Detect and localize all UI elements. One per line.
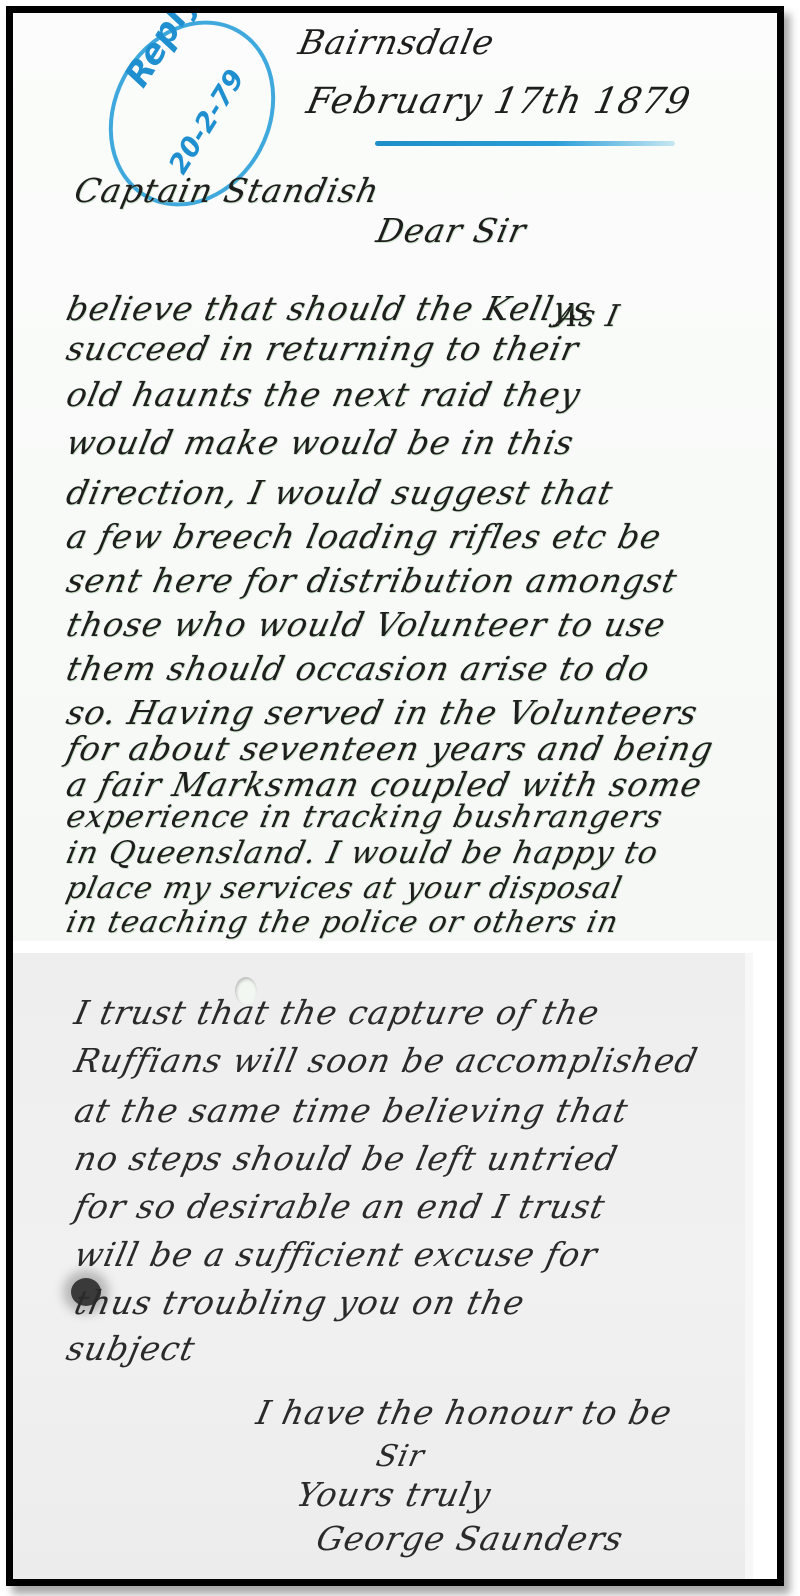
letter-salutation: Dear Sir	[373, 211, 530, 250]
body-line: experience in tracking bushrangers	[63, 799, 666, 835]
body-line: I trust that the capture of the	[71, 993, 603, 1032]
body-line: subject	[63, 1329, 199, 1368]
body-line: direction, I would suggest that	[63, 473, 617, 512]
body-line: them should occasion arise to do	[63, 649, 654, 688]
body-line: sent here for distribution amongst	[63, 561, 681, 600]
body-line: those who would Volunteer to use	[63, 605, 670, 644]
blue-underline	[375, 141, 675, 146]
letter-page-1: Reply 20-2-79 Bairnsdale February 17th 1…	[13, 13, 777, 941]
body-line: Ruffians will soon be accomplished	[71, 1041, 702, 1080]
letter-addressee: Captain Standish	[71, 171, 383, 210]
body-line: will be a sufficient excuse for	[71, 1235, 601, 1274]
closing-sir: Sir	[373, 1439, 428, 1474]
body-line: no steps should be left untried	[71, 1139, 622, 1178]
signature: George Saunders	[313, 1519, 627, 1558]
body-line: in teaching the police or others in	[63, 905, 622, 940]
letter-date: February 17th 1879	[303, 81, 694, 122]
body-line: old haunts the next raid they	[63, 375, 584, 414]
letter-place: Bairnsdale	[295, 23, 498, 63]
body-line: would make would be in this	[63, 423, 578, 462]
body-line: for so desirable an end I trust	[71, 1187, 609, 1226]
letter-page-2: I trust that the capture of the Ruffians…	[13, 953, 745, 1586]
body-line: place my services at your disposal	[63, 871, 626, 906]
closing-line: I have the honour to be	[253, 1393, 676, 1432]
body-line: succeed in returning to their	[63, 329, 583, 368]
body-line: in Queensland. I would be happy to	[63, 835, 662, 871]
body-line: thus troubling you on the	[71, 1283, 529, 1322]
document-frame: Reply 20-2-79 Bairnsdale February 17th 1…	[6, 6, 784, 1586]
closing-yours-truly: Yours truly	[293, 1475, 495, 1514]
body-line: believe that should the Kellys	[63, 289, 595, 328]
body-line: a few breech loading rifles etc be	[63, 517, 665, 556]
body-line: so. Having served in the Volunteers	[63, 693, 702, 732]
body-line: for about seventeen years and being	[63, 729, 717, 768]
body-line: at the same time believing that	[71, 1091, 632, 1130]
